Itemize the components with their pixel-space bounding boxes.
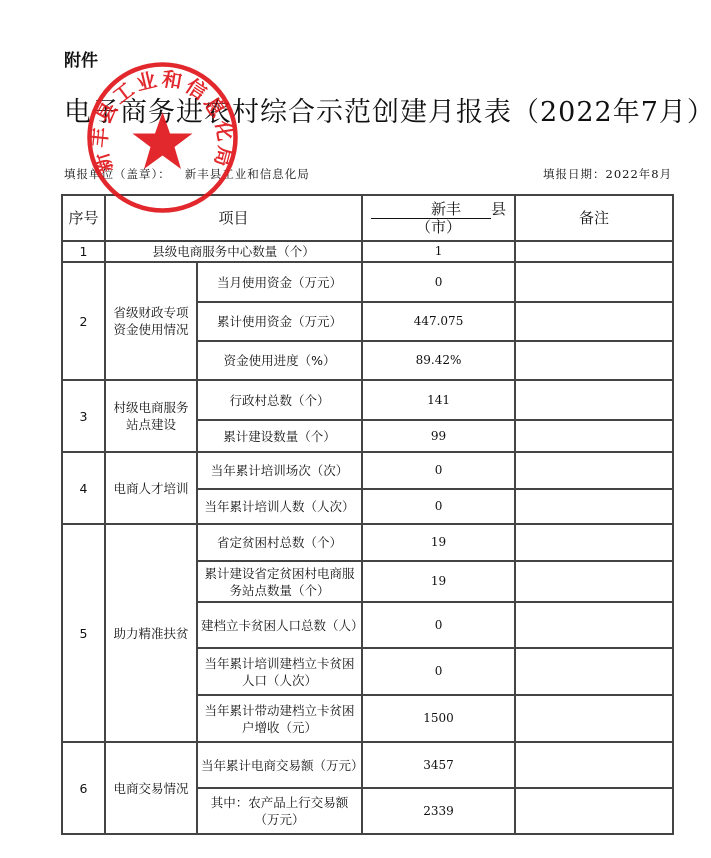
row-category: 电商交易情况 [105,742,197,834]
item-value: 141 [362,380,515,420]
row-index: 4 [62,452,105,524]
item-remark [515,524,673,561]
row-category: 助力精准扶贫 [105,524,197,742]
item-label: 资金使用进度（%） [197,341,362,380]
row-category: 电商人才培训 [105,452,197,524]
item-value: 0 [362,489,515,524]
item-remark [515,380,673,420]
item-value: 0 [362,648,515,695]
item-label: 当年累计电商交易额（万元） [197,742,362,788]
filler-label: 填报单位（盖章）： [64,167,171,181]
row-index: 2 [62,262,105,380]
page-title: 电子商务进农村综合示范创建月报表（2022年7月） [64,90,711,129]
row-category: 县级电商服务中心数量（个） [105,241,362,262]
table-row: 1 县级电商服务中心数量（个） 1 [62,241,673,262]
item-remark [515,262,673,302]
row-value: 1 [362,241,515,262]
item-remark [515,341,673,380]
report-table: 序号 项目 新丰县 （市） 备注 1 县级电商服务中心数量（个） 1 2 省级财… [61,194,674,835]
item-value: 19 [362,561,515,602]
item-label: 当年累计培训建档立卡贫困人口（人次） [197,648,362,695]
item-remark [515,788,673,834]
header-remarks: 备注 [515,195,673,241]
item-label: 累计建设数量（个） [197,420,362,452]
header-row: 序号 项目 新丰县 （市） 备注 [62,195,673,241]
item-remark [515,648,673,695]
official-seal: 新丰县工业和信息化局 [85,60,240,215]
item-label: 建档立卡贫困人口总数（人） [197,602,362,648]
table-row: 4 电商人才培训 当年累计培训场次（次） 0 [62,452,673,489]
table-row: 5 助力精准扶贫 省定贫困村总数（个） 19 [62,524,673,561]
item-label: 当年累计培训人数（人次） [197,489,362,524]
item-remark [515,695,673,742]
item-value: 99 [362,420,515,452]
table-row: 6 电商交易情况 当年累计电商交易额（万元） 3457 [62,742,673,788]
item-value: 2339 [362,788,515,834]
item-remark [515,742,673,788]
row-index: 6 [62,742,105,834]
item-remark [515,420,673,452]
item-value: 3457 [362,742,515,788]
item-label: 其中：农产品上行交易额（万元） [197,788,362,834]
item-remark [515,561,673,602]
item-label: 累计建设省定贫困村电商服务站点数量（个） [197,561,362,602]
row-index: 5 [62,524,105,742]
table-row: 3 村级电商服务站点建设 行政村总数（个） 141 [62,380,673,420]
row-category: 村级电商服务站点建设 [105,380,197,452]
item-remark [515,602,673,648]
row-index: 3 [62,380,105,452]
item-value: 89.42% [362,341,515,380]
row-index: 1 [62,241,105,262]
header-index: 序号 [62,195,105,241]
county-name-line: 新丰 [371,201,491,219]
item-value: 447.075 [362,302,515,341]
item-label: 当年累计培训场次（次） [197,452,362,489]
filler-info: 填报单位（盖章）： 新丰县工业和信息化局 [64,166,310,182]
item-remark [515,489,673,524]
item-label: 省定贫困村总数（个） [197,524,362,561]
county-sub: （市） [366,219,511,236]
row-remark [515,241,673,262]
table-row: 2 省级财政专项资金使用情况 当月使用资金（万元） 0 [62,262,673,302]
county-suffix: 县 [491,200,506,218]
fill-date: 填报日期：2022年8月 [543,166,672,182]
item-remark [515,452,673,489]
row-category: 省级财政专项资金使用情况 [105,262,197,380]
item-label: 当月使用资金（万元） [197,262,362,302]
header-county: 新丰县 （市） [362,195,515,241]
item-value: 1500 [362,695,515,742]
item-value: 0 [362,262,515,302]
item-value: 0 [362,452,515,489]
attachment-label: 附件 [64,46,98,71]
filler-unit: 新丰县工业和信息化局 [185,167,310,181]
item-value: 0 [362,602,515,648]
header-item: 项目 [105,195,362,241]
item-label: 行政村总数（个） [197,380,362,420]
county-name: 新丰 [431,200,461,218]
item-label: 累计使用资金（万元） [197,302,362,341]
item-remark [515,302,673,341]
item-value: 19 [362,524,515,561]
item-label: 当年累计带动建档立卡贫困户增收（元） [197,695,362,742]
